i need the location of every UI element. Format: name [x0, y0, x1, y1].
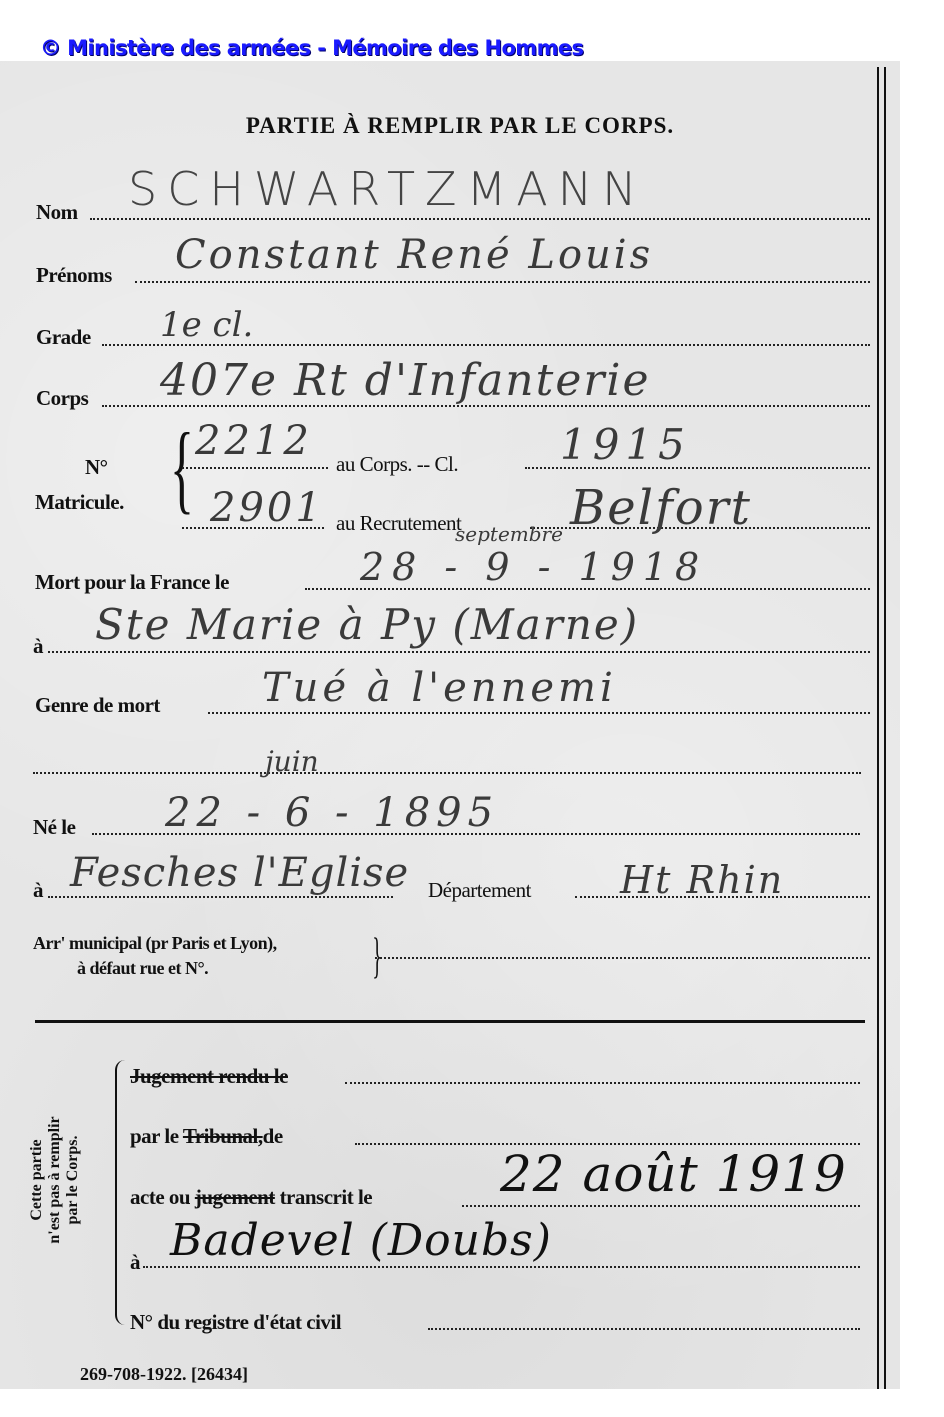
matricule-label: Matricule. [35, 490, 124, 515]
extra-line [33, 772, 861, 774]
margin-rule-right [884, 67, 886, 1389]
recrutement-label: au Recrutement [336, 511, 461, 536]
transcrit-value: 22 août 1919 [500, 1145, 847, 1203]
transcrit-line [462, 1205, 860, 1207]
lieu-naissance-label: à [33, 878, 43, 903]
transcrit-label: acte ou jugement transcrit le [130, 1185, 372, 1210]
ne-le-value: 22 - 6 - 1895 [165, 790, 499, 836]
registre-line [428, 1328, 860, 1330]
arrondissement-brace: } [372, 930, 382, 980]
lieu-mort-label: à [33, 634, 43, 659]
recrutement-place: Belfort [570, 480, 752, 536]
ne-le-label: Né le [33, 815, 75, 840]
side-note-line-1: Cette partie [28, 1070, 46, 1290]
transcrit-suffix: transcrit le [280, 1185, 373, 1209]
arrondissement-label-1: Arr' municipal (pr Paris et Lyon), [33, 933, 277, 954]
prenoms-label: Prénoms [36, 263, 112, 288]
grade-value: 1e cl. [160, 305, 253, 345]
departement-label: Département [428, 878, 531, 903]
side-note-line-2: n'est pas à remplir [46, 1070, 64, 1290]
lieu-naissance-line [48, 896, 393, 898]
par-le-struck: Tribunal, [183, 1124, 263, 1148]
matricule-label-no: N° [85, 455, 108, 480]
jugement-rendu-line [345, 1082, 860, 1084]
par-le-label: par le Tribunal,de [130, 1124, 283, 1149]
prenoms-value: Constant René Louis [175, 232, 653, 278]
mort-month-annotation: septembre [455, 522, 563, 546]
genre-mort-line [208, 712, 870, 714]
section-divider [35, 1020, 865, 1023]
jugement-rendu-text: Jugement rendu le [130, 1064, 288, 1088]
side-note: Cette partie n'est pas à remplir par le … [28, 1070, 82, 1290]
transcrit-struck: jugement [195, 1185, 275, 1209]
form-title: PARTIE À REMPLIR PAR LE CORPS. [0, 113, 920, 139]
par-le-prefix: par le [130, 1124, 179, 1148]
lieu-transcription-line [143, 1266, 860, 1268]
par-le-suffix: de [263, 1124, 283, 1148]
genre-mort-value: Tué à l'ennemi [262, 665, 617, 711]
au-corps-value: 2212 [195, 418, 313, 464]
lieu-transcription-value: Badevel (Doubs) [170, 1215, 552, 1266]
au-corps-line [182, 467, 328, 469]
form-reference: 269-708-1922. [26434] [80, 1364, 248, 1385]
nom-value: SCHWARTZMANN [128, 162, 647, 216]
side-note-line-3: par le Corps. [64, 1070, 82, 1290]
genre-mort-label: Genre de mort [35, 693, 160, 718]
corps-value: 407e Rt d'Infanterie [160, 355, 651, 406]
mort-value: 28 - 9 - 1918 [360, 545, 707, 589]
mort-label: Mort pour la France le [35, 570, 229, 595]
prenoms-line [135, 281, 870, 283]
registre-label: N° du registre d'état civil [130, 1310, 341, 1335]
lieu-mort-line [48, 651, 870, 653]
arrondissement-line [375, 957, 870, 959]
lieu-mort-value: Ste Marie à Py (Marne) [95, 600, 639, 649]
nom-line [90, 218, 870, 220]
lieu-transcription-label: à [130, 1250, 140, 1275]
arrondissement-label-2: à défaut rue et N°. [77, 958, 208, 979]
margin-rule-left [877, 67, 879, 1389]
transcrit-prefix: acte ou [130, 1185, 190, 1209]
ne-month-annotation: juin [265, 745, 319, 778]
jugement-rendu-label: Jugement rendu le [130, 1064, 288, 1089]
classe-value: 1915 [560, 420, 691, 469]
copyright-watermark: © Ministère des armées - Mémoire des Hom… [40, 36, 583, 60]
lieu-naissance-value: Fesches l'Eglise [70, 850, 409, 896]
lower-section-bracket [115, 1060, 125, 1325]
nom-label: Nom [36, 200, 78, 225]
recrutement-value: 2901 [210, 485, 324, 531]
departement-value: Ht Rhin [620, 858, 784, 902]
grade-label: Grade [36, 325, 91, 350]
au-corps-label: au Corps. -- Cl. [336, 452, 458, 477]
corps-label: Corps [36, 386, 88, 411]
